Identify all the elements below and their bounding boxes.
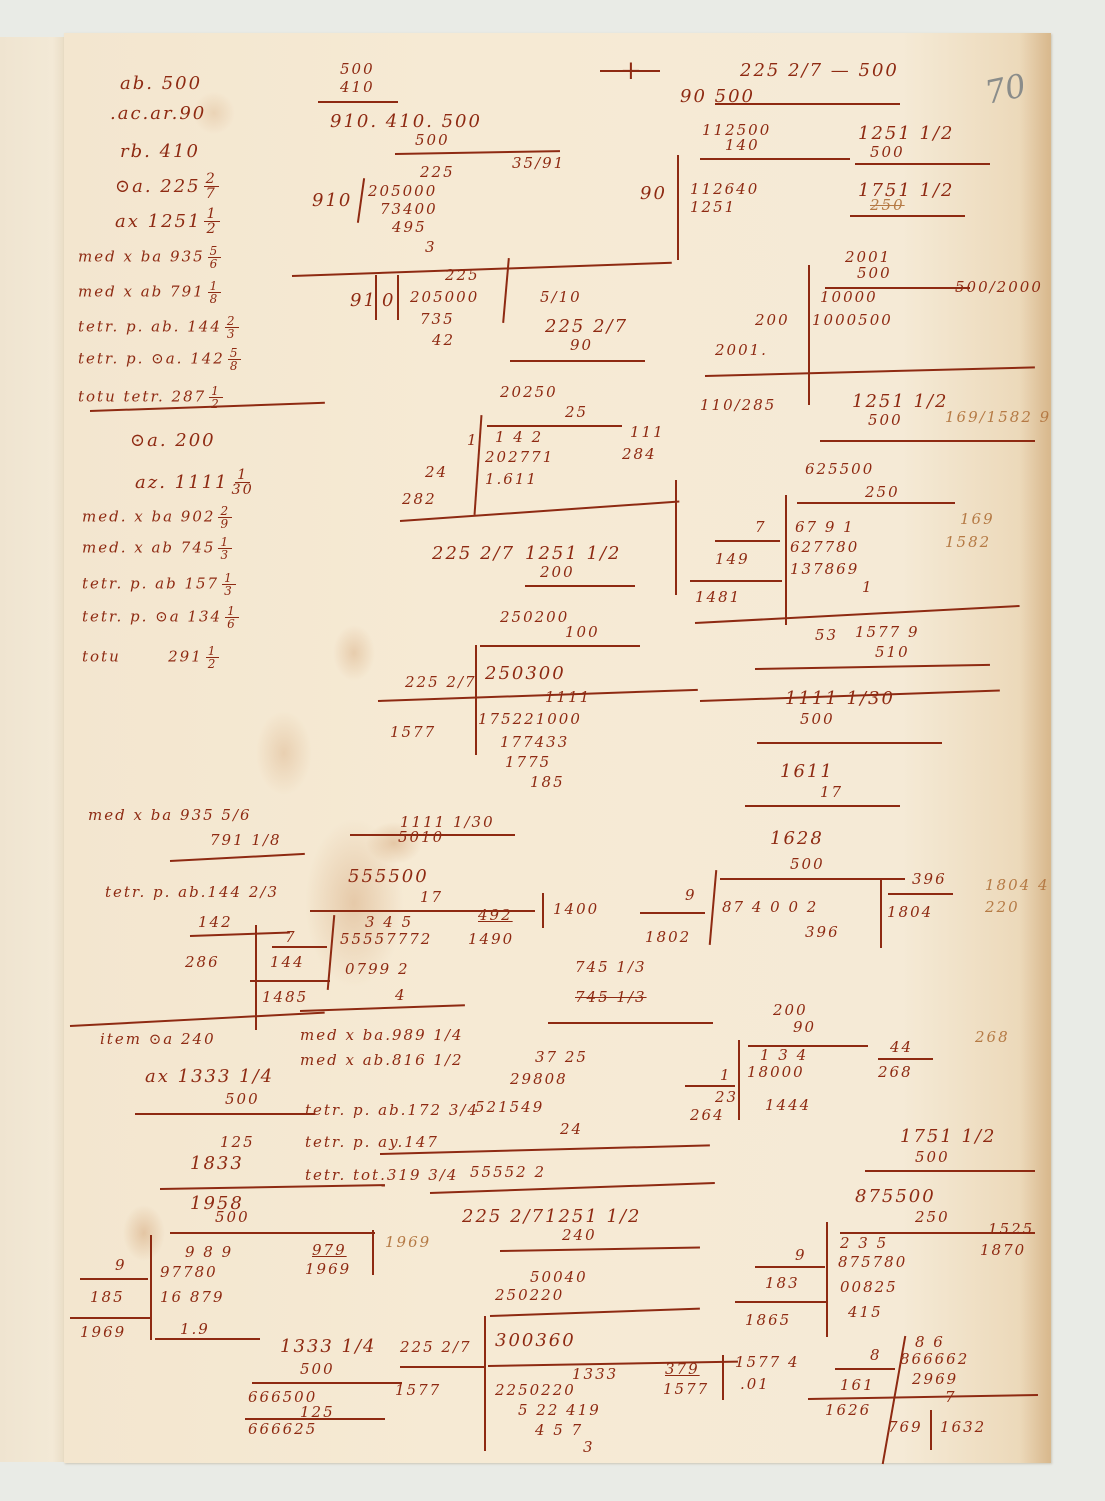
rm-work-1: 67 9 1 bbox=[795, 520, 855, 535]
lr-sum-500: 500 bbox=[915, 1150, 950, 1165]
c2-dividend: 250300 bbox=[485, 665, 566, 683]
br-sub-161: 161 bbox=[840, 1378, 875, 1393]
r2-1111: 1111 1/30 bbox=[785, 690, 895, 708]
bl-1333: 1333 1/4 bbox=[280, 1338, 377, 1356]
lr-work-1: 18000 bbox=[747, 1065, 805, 1080]
l2-div-7: 7 bbox=[285, 930, 297, 945]
division-bar-2a bbox=[375, 275, 377, 320]
r2-left-9: 9 bbox=[685, 888, 697, 903]
bc-work-2: 2250220 bbox=[495, 1383, 576, 1398]
bl-side-979: 979 bbox=[312, 1243, 347, 1258]
lr-far-268: 268 bbox=[975, 1030, 1010, 1045]
rm-work-3: 137869 bbox=[790, 562, 859, 577]
ll-1833: 1833 bbox=[190, 1155, 244, 1173]
r2-1611: 1611 bbox=[780, 763, 834, 781]
br-work-4: 415 bbox=[848, 1305, 883, 1320]
underlying-sheet-edge bbox=[0, 37, 66, 1462]
l2-row-3: tetr. p. ab.144 2/3 bbox=[105, 885, 279, 900]
block2-below: 2001. bbox=[715, 343, 768, 358]
cross-stroke bbox=[600, 70, 660, 72]
divisor-91: 91 bbox=[350, 292, 377, 310]
rm-below-510: 510 bbox=[875, 645, 910, 660]
sum-500: 500 bbox=[870, 145, 905, 160]
l2-div-144: 144 bbox=[270, 955, 305, 970]
r2-work-2: 396 bbox=[805, 925, 840, 940]
l2-row-5: 286 bbox=[185, 955, 220, 970]
row-tetr-ab: tetr. p. ab. 14423 bbox=[78, 315, 239, 340]
work-row-3: 3 bbox=[425, 240, 437, 255]
result-90: 90 bbox=[570, 338, 593, 353]
r2-side-rule bbox=[888, 893, 953, 895]
r2-far-1804: 1804 4 bbox=[985, 878, 1050, 893]
lc-row-5: tetr. tot.319 3/4 bbox=[305, 1168, 458, 1183]
cd-row-2: 202771 bbox=[485, 450, 554, 465]
lc-side-1: 37 25 bbox=[535, 1050, 588, 1065]
br-left-183: 183 bbox=[765, 1276, 800, 1291]
bl-mult-rule bbox=[252, 1382, 402, 1384]
lc-row-1: med x ba.989 1/4 bbox=[300, 1028, 464, 1043]
c3-work-2: 55557772 bbox=[340, 932, 432, 947]
r2-side-396: 396 bbox=[912, 872, 947, 887]
rm-below-53: 53 bbox=[815, 628, 838, 643]
bc-left-1577: 1577 bbox=[395, 1383, 441, 1398]
lr-left-264: 264 bbox=[690, 1108, 725, 1123]
rm-work-2: 627780 bbox=[790, 540, 859, 555]
lr-bar bbox=[738, 1040, 740, 1120]
cd-top-2: 25 bbox=[565, 405, 588, 420]
c2-left-1577: 1577 bbox=[390, 725, 436, 740]
header-proportion: 225 2/7 — 500 bbox=[740, 62, 899, 80]
l2-row-2: 791 1/8 bbox=[210, 833, 282, 848]
l2-div-rule bbox=[272, 946, 327, 948]
bc-work-3: 5 22 419 bbox=[518, 1403, 601, 1418]
bl-500: 500 bbox=[300, 1362, 335, 1377]
l2-div-1485: 1485 bbox=[262, 990, 308, 1005]
cd-row-1: 1 4 2 bbox=[495, 430, 543, 445]
remainder-2: 5/10 bbox=[540, 290, 582, 305]
ll-500: 500 bbox=[225, 1092, 260, 1107]
row-tetr-oa-2: tetr. p. ⊙a 13416 bbox=[82, 605, 239, 630]
c3-work-3: 0799 2 bbox=[345, 962, 410, 977]
cr-200: 200 bbox=[540, 565, 575, 580]
c2-left-225: 225 2/7 bbox=[405, 675, 477, 690]
bl-work-1: 9 8 9 bbox=[185, 1245, 233, 1260]
dividend-112640: 112640 bbox=[690, 182, 759, 197]
r2-rule-2 bbox=[745, 805, 900, 807]
c3-far-1400: 1400 bbox=[553, 902, 599, 917]
work-row-1: 73400 bbox=[380, 202, 438, 217]
ratio-110-285: 110/285 bbox=[700, 398, 776, 413]
br-sub-work-3: 2969 bbox=[912, 1372, 958, 1387]
block2-side: 500/2000 bbox=[955, 280, 1043, 295]
l2-div-rule-2 bbox=[250, 980, 330, 982]
lr-work-3: 1444 bbox=[765, 1098, 811, 1113]
r2-rule-3 bbox=[720, 878, 905, 880]
l2-row-4: 142 bbox=[198, 915, 233, 930]
r2-17: 17 bbox=[820, 785, 843, 800]
block2-500: 500 bbox=[857, 266, 892, 281]
bl-left-9: 9 bbox=[115, 1258, 127, 1273]
r2-side-1804: 1804 bbox=[887, 905, 933, 920]
bc-side-bar bbox=[722, 1355, 724, 1400]
rm-below-1577: 1577 9 bbox=[855, 625, 920, 640]
r2-1628: 1628 bbox=[770, 830, 824, 848]
block2-dividend: 1000500 bbox=[812, 313, 893, 328]
r2-500: 500 bbox=[800, 712, 835, 727]
cr-1251: 1251 1/2 bbox=[525, 545, 622, 563]
br-work-2: 875780 bbox=[838, 1255, 907, 1270]
work-row-2: 495 bbox=[392, 220, 427, 235]
row-ab: ab. 500 bbox=[120, 75, 202, 93]
mult-140: 140 bbox=[725, 138, 760, 153]
quotient-2: 225 bbox=[445, 268, 480, 283]
br-sub-work-1: 8 6 bbox=[915, 1335, 945, 1350]
r2-bar-2 bbox=[880, 878, 882, 948]
row-rb: rb. 410 bbox=[120, 143, 200, 161]
bc-left-225: 225 2/7 bbox=[400, 1340, 472, 1355]
lr-sum-1751: 1751 1/2 bbox=[900, 1128, 997, 1146]
dividend-2: 205000 bbox=[410, 290, 479, 305]
br-sub-8: 8 bbox=[870, 1348, 882, 1363]
bc-250220: 250220 bbox=[495, 1288, 564, 1303]
remainder-fraction: 35/91 bbox=[512, 156, 565, 171]
bc-far-1577: 1577 4 bbox=[735, 1355, 800, 1370]
bl-666625: 666625 bbox=[248, 1422, 317, 1437]
c2-bar bbox=[475, 645, 477, 755]
value-1251: 1251 1/2 bbox=[852, 393, 949, 411]
row-tetr-oa: tetr. p. ⊙a. 14258 bbox=[78, 347, 241, 372]
br-sub-769: 769 bbox=[888, 1420, 923, 1435]
bc-work-4: 4 5 7 bbox=[535, 1423, 583, 1438]
ll-125: 125 bbox=[220, 1135, 255, 1150]
sum-rule-tr bbox=[855, 163, 990, 165]
row-ax: ax 125112 bbox=[115, 207, 220, 237]
row-oa: ⊙a. 22527 bbox=[115, 172, 219, 202]
block2-division-bar bbox=[808, 265, 810, 405]
bl-bar bbox=[150, 1235, 152, 1340]
row-totu: totu 29112 bbox=[82, 645, 219, 670]
rm-left-149: 149 bbox=[715, 552, 750, 567]
cd-rule bbox=[487, 425, 622, 427]
divisor-0: 0 bbox=[382, 292, 395, 310]
c3-rule-top bbox=[350, 834, 515, 836]
bc-bar bbox=[484, 1316, 486, 1451]
c3-745-b: 745 1/3 bbox=[575, 990, 647, 1005]
rm-left-rule-2 bbox=[690, 580, 782, 582]
rm-left-1481: 1481 bbox=[695, 590, 741, 605]
cd-side-1: 111 bbox=[630, 425, 665, 440]
r2-rule-1 bbox=[757, 742, 942, 744]
division-bar-2b bbox=[397, 275, 399, 320]
lr-work-2: 1 3 4 bbox=[760, 1048, 808, 1063]
sum-250-struck: 250 bbox=[870, 198, 905, 213]
bc-side-1577: 1577 bbox=[663, 1382, 709, 1397]
br-sub-work-4: 7 bbox=[945, 1390, 957, 1405]
c3-work-4: 4 bbox=[395, 988, 407, 1003]
bc-far-01: .01 bbox=[740, 1377, 770, 1392]
bc-work-1: 1333 bbox=[572, 1367, 618, 1382]
cd-row-3: 1.611 bbox=[485, 472, 538, 487]
br-left-9: 9 bbox=[795, 1248, 807, 1263]
work-2-row-2: 42 bbox=[432, 333, 455, 348]
bc-1251: 1251 1/2 bbox=[545, 1208, 642, 1226]
quotient-top: 225 bbox=[420, 165, 455, 180]
ll-item: item ⊙a 240 bbox=[100, 1032, 216, 1047]
addend-1: 500 bbox=[340, 62, 375, 77]
sum-1251: 1251 1/2 bbox=[858, 125, 955, 143]
bl-left-185: 185 bbox=[90, 1290, 125, 1305]
c2-top-2: 100 bbox=[565, 625, 600, 640]
r2-left-1802: 1802 bbox=[645, 930, 691, 945]
br-work-1: 2 3 5 bbox=[840, 1236, 888, 1251]
work-2-row-1: 735 bbox=[420, 312, 455, 327]
br-sub-work-2: 866662 bbox=[900, 1352, 969, 1367]
cr-rule bbox=[525, 585, 635, 587]
c3-side-492: 492 bbox=[478, 908, 513, 923]
r2-500b: 500 bbox=[790, 857, 825, 872]
bl-bottom-rule bbox=[155, 1338, 260, 1340]
bl-side-1969: 1969 bbox=[305, 1262, 351, 1277]
c2-work-4: 1775 bbox=[505, 755, 551, 770]
c3-17: 17 bbox=[420, 890, 443, 905]
rm-top: 625500 bbox=[805, 462, 874, 477]
c3-side-1490: 1490 bbox=[468, 932, 514, 947]
lc-side-5: 55552 2 bbox=[470, 1165, 546, 1180]
br-left-rule bbox=[755, 1266, 825, 1268]
lc-row-3: tetr. p. ab.172 3/4 bbox=[305, 1103, 479, 1118]
row-med-xab-2: med. x ab 74513 bbox=[82, 536, 232, 561]
br-bar bbox=[826, 1222, 828, 1337]
rm-top-2: 250 bbox=[865, 485, 900, 500]
bc-50040: 50040 bbox=[530, 1270, 588, 1285]
division-bar-tr bbox=[677, 155, 679, 260]
lc-side-2: 29808 bbox=[510, 1072, 568, 1087]
block2-2001: 2001 bbox=[845, 250, 891, 265]
lc-side-4: 24 bbox=[560, 1122, 583, 1137]
row-tetr-ab-2: tetr. p. ab 15713 bbox=[82, 572, 236, 597]
c2-rule bbox=[480, 645, 640, 647]
c2-top: 250200 bbox=[500, 610, 569, 625]
value-500: 500 bbox=[868, 413, 903, 428]
ratio-169-1582: 169/1582 9 bbox=[945, 410, 1051, 425]
lr-sum-rule bbox=[865, 1170, 1035, 1172]
lr-left-1: 1 bbox=[720, 1068, 732, 1083]
rm-bar bbox=[785, 495, 787, 625]
result-225: 225 2/7 bbox=[545, 318, 628, 336]
cd-side-2: 284 bbox=[622, 447, 657, 462]
br-sub-1632: 1632 bbox=[940, 1420, 986, 1435]
br-work-3: 00825 bbox=[840, 1280, 898, 1295]
lc-row-2: med x ab.816 1/2 bbox=[300, 1053, 464, 1068]
block2-divisor: 200 bbox=[755, 313, 790, 328]
bl-top-rule bbox=[170, 1232, 375, 1234]
ll-ax: ax 1333 1/4 bbox=[145, 1068, 274, 1086]
br-left-rule-2 bbox=[735, 1301, 828, 1303]
lc-side-3: 521549 bbox=[475, 1100, 544, 1115]
rm-left-rule bbox=[715, 540, 780, 542]
rm-rule bbox=[797, 502, 955, 504]
row-med-xba: med x ba 93556 bbox=[78, 245, 221, 270]
bl-side-bar bbox=[372, 1230, 374, 1275]
bl-left-rule-2 bbox=[70, 1317, 150, 1319]
c3-745-a: 745 1/3 bbox=[575, 960, 647, 975]
c2-work-5: 185 bbox=[530, 775, 565, 790]
rm-side-169: 169 bbox=[960, 512, 995, 527]
cd-right-bar bbox=[675, 480, 677, 595]
sum-rule bbox=[318, 101, 398, 103]
lr-side-44: 44 bbox=[890, 1040, 913, 1055]
br-sub-rule bbox=[835, 1368, 895, 1370]
bl-work-4: 1.9 bbox=[180, 1322, 210, 1337]
r2-far-220: 220 bbox=[985, 900, 1020, 915]
r2-left-rule bbox=[640, 912, 705, 914]
bl-left-rule bbox=[80, 1278, 148, 1280]
cd-left-3: 282 bbox=[402, 492, 437, 507]
br-side-1870: 1870 bbox=[980, 1243, 1026, 1258]
bl-left-1969: 1969 bbox=[80, 1325, 126, 1340]
header-rule bbox=[715, 103, 900, 105]
rm-left-7: 7 bbox=[755, 520, 767, 535]
divisor-90: 90 bbox=[640, 185, 667, 203]
br-875500: 875500 bbox=[855, 1188, 936, 1206]
c3-555500: 555500 bbox=[348, 868, 429, 886]
c3-5010: 5010 bbox=[398, 830, 444, 845]
c3-work-1: 3 4 5 bbox=[365, 915, 413, 930]
row-ac-ar: .ac.ar.90 bbox=[110, 105, 206, 123]
br-sub-bar-2 bbox=[930, 1410, 932, 1450]
dividend: 205000 bbox=[368, 184, 437, 199]
lr-left-3: 23 bbox=[715, 1090, 738, 1105]
cd-left-2: 24 bbox=[425, 465, 448, 480]
divisor-910: 910 bbox=[312, 192, 352, 210]
cd-top: 20250 bbox=[500, 385, 558, 400]
right-divider-rule bbox=[820, 440, 1035, 442]
c3-bar bbox=[542, 893, 544, 928]
proportion-terms: 910. 410. 500 bbox=[330, 113, 482, 131]
br-left-1865: 1865 bbox=[745, 1313, 791, 1328]
rm-work-4: 1 bbox=[862, 580, 874, 595]
bl-far-1969: 1969 bbox=[385, 1235, 431, 1250]
l2-row-1: med x ba 935 5/6 bbox=[88, 808, 252, 823]
block2-work: 10000 bbox=[820, 290, 878, 305]
row-med-xba-2: med. x ba 90229 bbox=[82, 505, 232, 530]
row-oa-200: ⊙a. 200 bbox=[130, 432, 216, 450]
bc-side-379: 379 bbox=[665, 1362, 700, 1377]
lr-side-rule bbox=[878, 1058, 933, 1060]
lr-90: 90 bbox=[793, 1020, 816, 1035]
ll-500b: 500 bbox=[215, 1210, 250, 1225]
bl-work-2: 97780 bbox=[160, 1265, 218, 1280]
bc-240: 240 bbox=[562, 1228, 597, 1243]
bc-dividend: 300360 bbox=[495, 1332, 576, 1350]
cr-225: 225 2/7 bbox=[432, 545, 515, 563]
result-underline bbox=[510, 360, 645, 362]
c2-work-2: 175221000 bbox=[478, 712, 582, 727]
row-med-xab: med x ab 79118 bbox=[78, 280, 221, 305]
lr-200: 200 bbox=[773, 1003, 808, 1018]
multiplier: 500 bbox=[415, 133, 450, 148]
bc-left-rule bbox=[400, 1366, 484, 1368]
mult-rule bbox=[700, 158, 850, 160]
sum-rule-tr-2 bbox=[850, 215, 965, 217]
lr-left-rule bbox=[685, 1085, 735, 1087]
r2-work-1: 87 4 0 0 2 bbox=[722, 900, 818, 915]
br-sub-1626: 1626 bbox=[825, 1403, 871, 1418]
br-250: 250 bbox=[915, 1210, 950, 1225]
br-side-1525: 1525 bbox=[988, 1222, 1034, 1237]
c2-work-1: 1111 bbox=[545, 690, 591, 705]
bc-work-5: 3 bbox=[583, 1440, 595, 1455]
lc-row-4: tetr. p. ay.147 bbox=[305, 1135, 439, 1150]
addend-2: 410 bbox=[340, 80, 375, 95]
rm-side-1582: 1582 bbox=[945, 535, 991, 550]
cd-left-1: 1 bbox=[467, 433, 479, 448]
row-az: az. 1111130 bbox=[135, 468, 254, 498]
c3-right-rule bbox=[548, 1022, 713, 1024]
c2-work-3: 177433 bbox=[500, 735, 569, 750]
bc-225: 225 2/7 bbox=[462, 1208, 545, 1226]
bl-work-3: 16 879 bbox=[160, 1290, 225, 1305]
ll-rule-1 bbox=[135, 1113, 315, 1115]
quotient-1251: 1251 bbox=[690, 200, 736, 215]
lr-side-268: 268 bbox=[878, 1065, 913, 1080]
